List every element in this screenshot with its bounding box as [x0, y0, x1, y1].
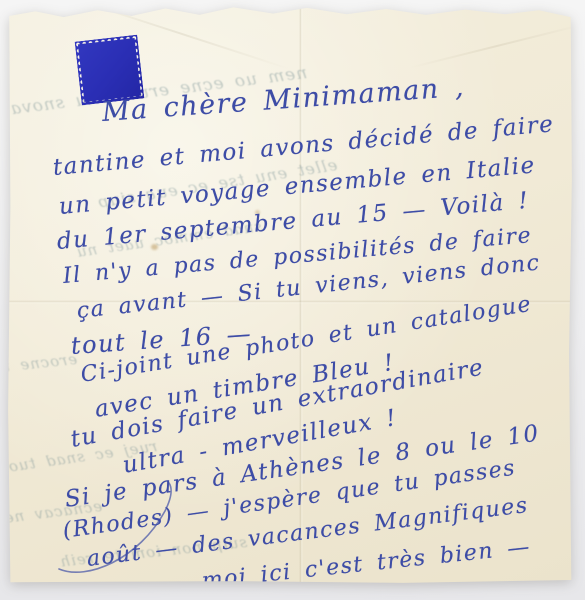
paper-shadow-wrap: nem uo ecne eruel enu snova suon ellet e…: [0, 0, 585, 600]
fold-crease-diagonal-right: [409, 23, 584, 68]
letter-photograph: nem uo ecne eruel enu snova suon ellet e…: [0, 0, 585, 600]
stamp-blue-square: [78, 38, 141, 102]
letter-paper: nem uo ecne eruel enu snova suon ellet e…: [7, 5, 573, 584]
bleedthrough-scribble: erocne tneiv li dnauq te: [0, 350, 78, 391]
